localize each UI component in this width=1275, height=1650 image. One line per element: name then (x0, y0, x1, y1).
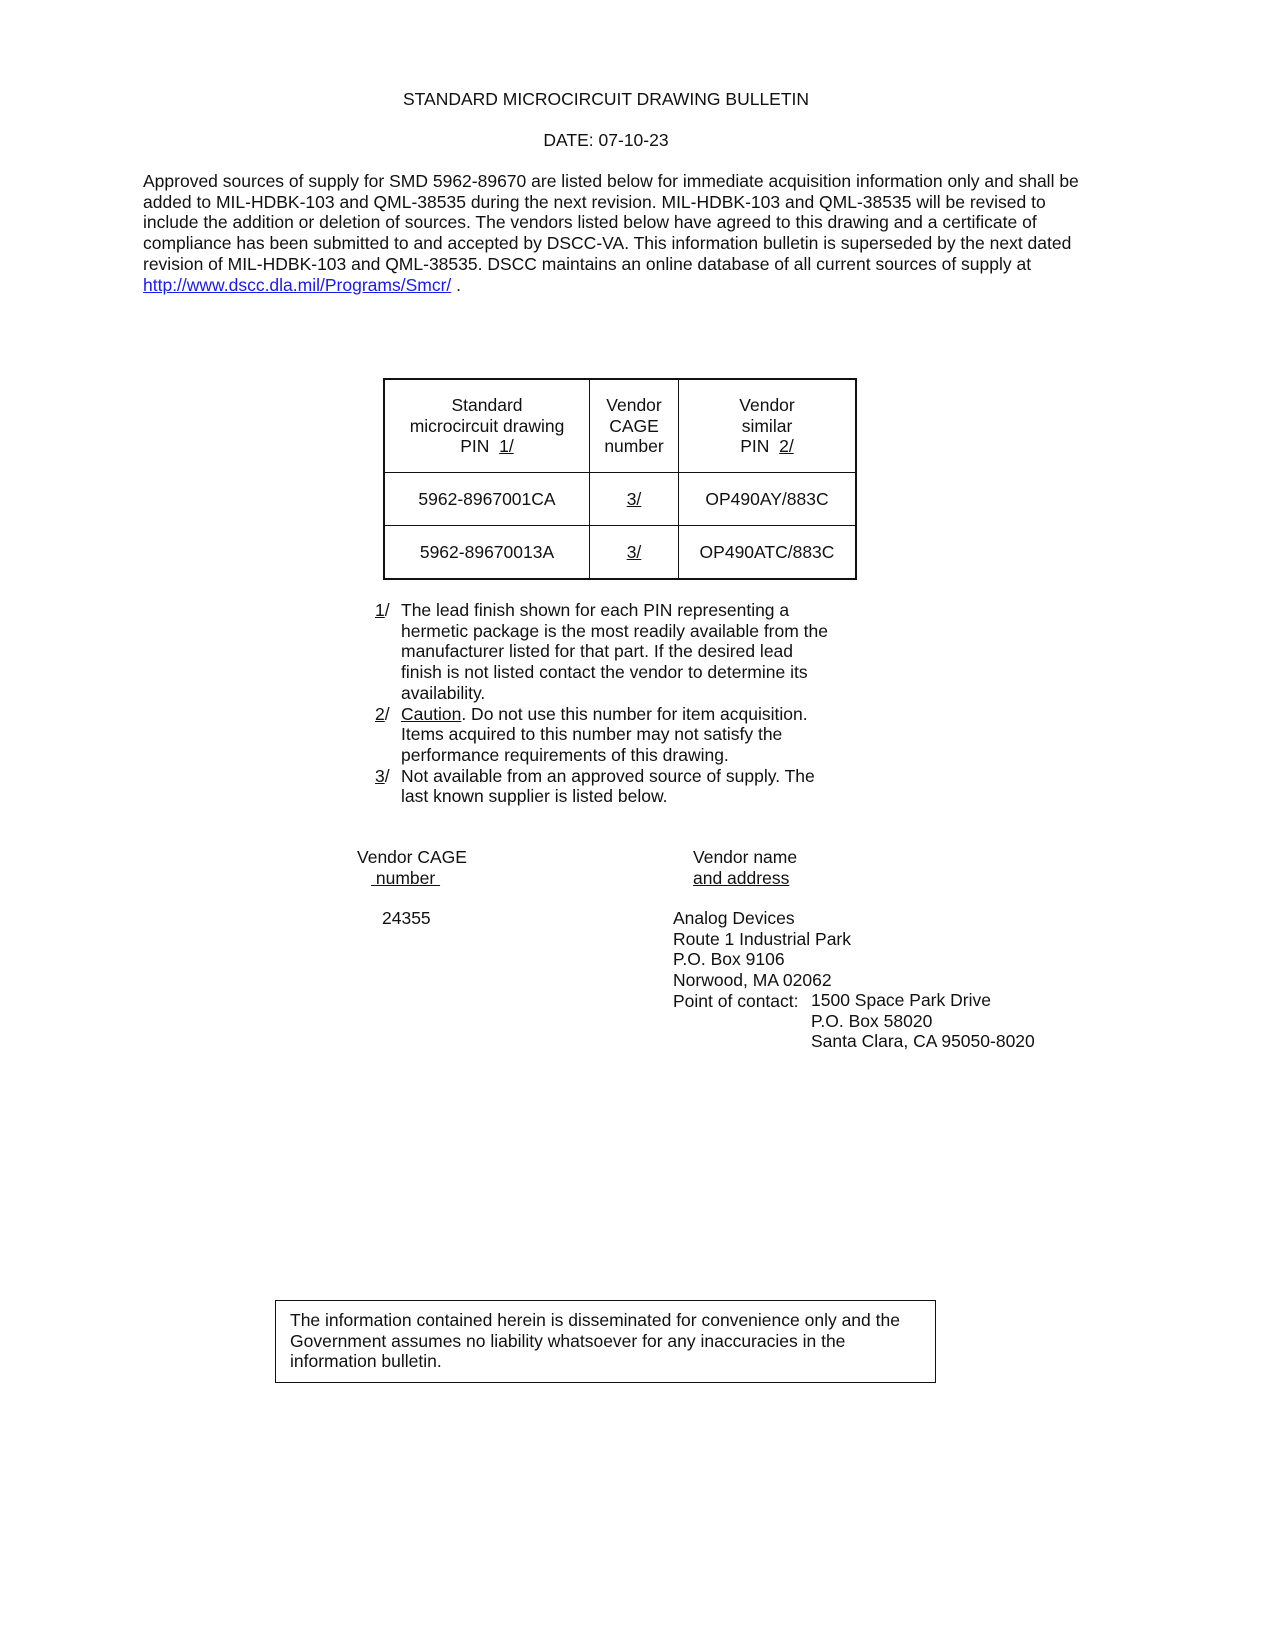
footnote-ref: 2/ (779, 436, 794, 456)
cell-cage: 3/ (590, 473, 679, 526)
header-smd-pin: Standard microcircuit drawing PIN 1/ (384, 379, 590, 473)
header-line: number (357, 868, 467, 889)
table-header-row: Standard microcircuit drawing PIN 1/ Ven… (384, 379, 856, 473)
footnote-ref: 3/ (627, 489, 642, 509)
table-row: 5962-89670013A 3/ OP490ATC/883C (384, 526, 856, 580)
header-vendor-pin: Vendor similar PIN 2/ (679, 379, 857, 473)
header-line: Vendor name (693, 847, 797, 868)
point-of-contact-address: 1500 Space Park Drive P.O. Box 58020 San… (811, 990, 1035, 1052)
footnote-number: 1/ (375, 600, 401, 704)
footnote-1: 1/ The lead finish shown for each PIN re… (375, 600, 835, 704)
footnote-3: 3/ Not available from an approved source… (375, 766, 835, 807)
address-line: Santa Clara, CA 95050-8020 (811, 1031, 1035, 1052)
header-line: PIN 1/ (385, 436, 589, 457)
cell-vendor-pin: OP490ATC/883C (679, 526, 857, 580)
cell-smd-pin: 5962-89670013A (384, 526, 590, 580)
footnote-text: . Do not use this number for item acquis… (401, 704, 808, 765)
header-line: and address (693, 868, 797, 889)
disclaimer-box: The information contained herein is diss… (275, 1300, 936, 1383)
header-line: similar (679, 416, 855, 437)
footnote-2: 2/ Caution. Do not use this number for i… (375, 704, 835, 766)
vendor-cage-number: 24355 (382, 908, 431, 929)
footnote-text: The lead finish shown for each PIN repre… (401, 600, 835, 704)
header-line: PIN 2/ (679, 436, 855, 457)
header-text: PIN (460, 436, 499, 456)
address-line: Norwood, MA 02062 (673, 970, 851, 991)
address-line: P.O. Box 58020 (811, 1011, 1035, 1032)
header-line: CAGE (590, 416, 678, 437)
address-line: P.O. Box 9106 (673, 949, 851, 970)
caution-label: Caution (401, 704, 461, 724)
table-row: 5962-8967001CA 3/ OP490AY/883C (384, 473, 856, 526)
cell-vendor-pin: OP490AY/883C (679, 473, 857, 526)
header-text: PIN (740, 436, 779, 456)
intro-suffix: . (451, 275, 461, 295)
footnotes: 1/ The lead finish shown for each PIN re… (375, 600, 835, 807)
sources-table: Standard microcircuit drawing PIN 1/ Ven… (383, 378, 857, 580)
address-line: Analog Devices (673, 908, 851, 929)
bulletin-date: DATE: 07-10-23 (0, 130, 1212, 151)
header-line: Vendor CAGE (357, 847, 467, 868)
footnote-ref: 1/ (499, 436, 514, 456)
cage-column-header: Vendor CAGE number (357, 847, 467, 888)
header-cage: Vendor CAGE number (590, 379, 679, 473)
footnote-number: 2/ (375, 704, 401, 766)
address-line: Route 1 Industrial Park (673, 929, 851, 950)
address-line: 1500 Space Park Drive (811, 990, 1035, 1011)
intro-paragraph: Approved sources of supply for SMD 5962-… (143, 171, 1083, 295)
header-line: Vendor (679, 395, 855, 416)
vendor-name-column-header: Vendor name and address (693, 847, 797, 888)
footnote-body: Caution. Do not use this number for item… (401, 704, 835, 766)
header-line: number (590, 436, 678, 457)
footnote-text: Not available from an approved source of… (401, 766, 835, 807)
footnote-ref: 3/ (627, 542, 642, 562)
header-line: microcircuit drawing (385, 416, 589, 437)
sources-link[interactable]: http://www.dscc.dla.mil/Programs/Smcr/ (143, 275, 451, 295)
bulletin-title: STANDARD MICROCIRCUIT DRAWING BULLETIN (0, 89, 1212, 110)
intro-text: Approved sources of supply for SMD 5962-… (143, 171, 1079, 274)
header-line: Vendor (590, 395, 678, 416)
footnote-number: 3/ (375, 766, 401, 807)
header-line: Standard (385, 395, 589, 416)
cell-smd-pin: 5962-8967001CA (384, 473, 590, 526)
cell-cage: 3/ (590, 526, 679, 580)
